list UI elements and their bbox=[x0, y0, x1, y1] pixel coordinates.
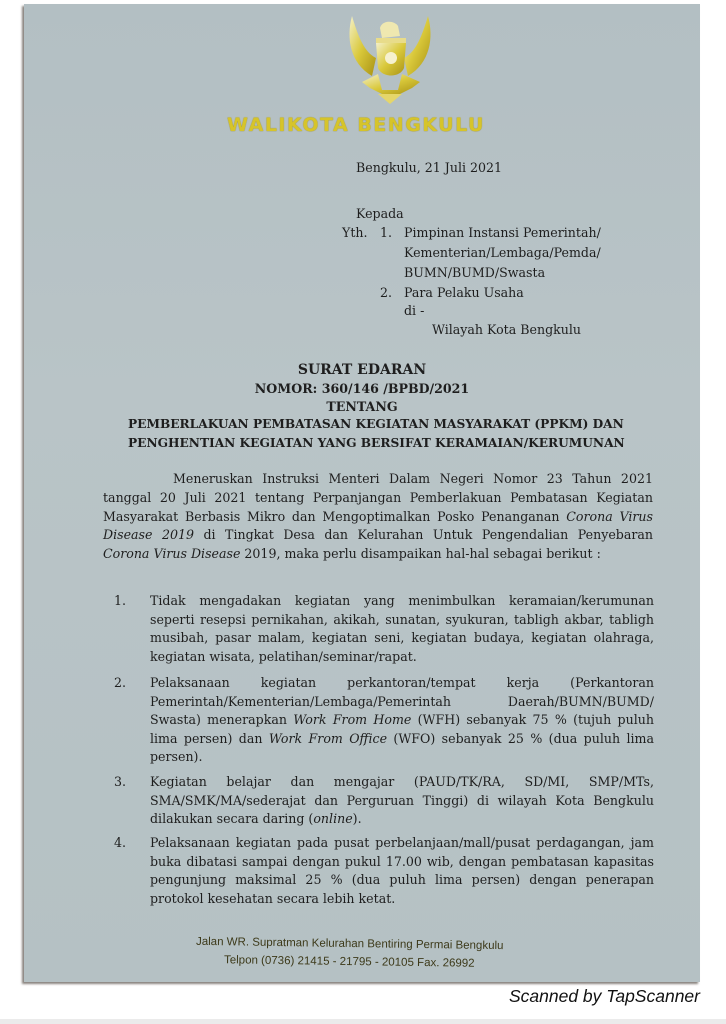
recipient-1-line: BUMN/BUMD/Swasta bbox=[404, 265, 545, 280]
point-number: 3. bbox=[114, 773, 126, 792]
salutation: Yth. bbox=[342, 225, 368, 240]
point-2: 2. Pelaksanaan kegiatan perkantoran/temp… bbox=[114, 674, 654, 767]
recipient-di: di - bbox=[404, 303, 424, 318]
recipient-2-number: 2. bbox=[380, 285, 392, 300]
letter-page: WALIKOTA BENGKULU Bengkulu, 21 Juli 2021… bbox=[24, 4, 700, 982]
point-3: 3. Kegiatan belajar dan mengajar (PAUD/T… bbox=[114, 773, 654, 829]
bottom-strip bbox=[0, 1019, 726, 1024]
recipient-1-number: 1. bbox=[380, 225, 392, 240]
point-text: Tidak mengadakan kegiatan yang menimbulk… bbox=[150, 592, 654, 666]
intro-paragraph: Meneruskan Instruksi Menteri Dalam Neger… bbox=[103, 470, 653, 564]
point-text: Pelaksanaan kegiatan pada pusat perbelan… bbox=[150, 834, 654, 908]
recipient-1-line: Pimpinan Instansi Pemerintah/ bbox=[404, 225, 601, 240]
point-4: 4. Pelaksanaan kegiatan pada pusat perbe… bbox=[114, 834, 654, 908]
point-number: 1. bbox=[114, 592, 126, 611]
point-text: Kegiatan belajar dan mengajar (PAUD/TK/R… bbox=[150, 773, 654, 829]
letter-about: TENTANG bbox=[24, 399, 700, 414]
point-1: 1. Tidak mengadakan kegiatan yang menimb… bbox=[114, 592, 654, 666]
point-number: 4. bbox=[114, 834, 126, 853]
letter-title: SURAT EDARAN bbox=[24, 362, 700, 378]
recipient-label: Kepada bbox=[356, 206, 404, 221]
date-line: Bengkulu, 21 Juli 2021 bbox=[356, 160, 502, 175]
letterhead-title: WALIKOTA BENGKULU bbox=[18, 114, 694, 136]
letter-number: NOMOR: 360/146 /BPBD/2021 bbox=[24, 381, 700, 396]
footer-phone: Telpon (0736) 21415 - 21795 - 20105 Fax.… bbox=[224, 954, 475, 969]
letter-subject-line-2: PENGHENTIAN KEGIATAN YANG BERSIFAT KERAM… bbox=[128, 436, 625, 450]
footer-address: Jalan WR. Supratman Kelurahan Bentiring … bbox=[196, 936, 504, 952]
scanner-watermark: Scanned by TapScanner bbox=[509, 986, 700, 1007]
point-text: Pelaksanaan kegiatan perkantoran/tempat … bbox=[150, 674, 654, 767]
garuda-pancasila-emblem-icon bbox=[342, 8, 438, 108]
recipient-1-line: Kementerian/Lembaga/Pemda/ bbox=[404, 245, 601, 260]
point-number: 2. bbox=[114, 674, 126, 693]
recipient-2-line: Para Pelaku Usaha bbox=[404, 285, 524, 300]
letter-subject-line-1: PEMBERLAKUAN PEMBATASAN KEGIATAN MASYARA… bbox=[128, 417, 624, 431]
recipient-location: Wilayah Kota Bengkulu bbox=[432, 322, 581, 337]
